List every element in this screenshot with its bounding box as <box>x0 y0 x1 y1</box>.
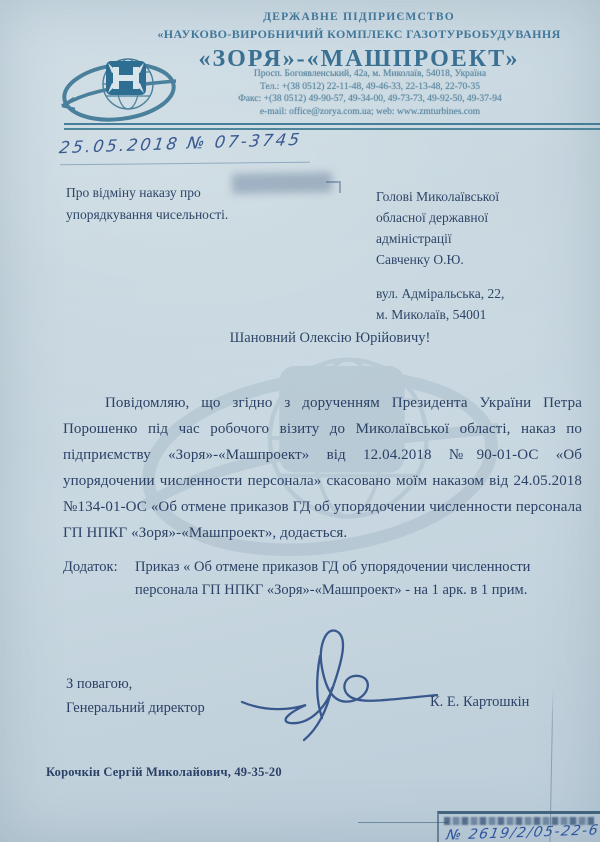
org-phone: Тел.: +(38 0512) 22-11-48, 49-46-33, 22-… <box>150 81 590 94</box>
bottom-fold-line <box>358 822 448 823</box>
addressee-line: Савченку О.Ю. <box>376 249 581 270</box>
received-stamp-box: № 2619/2/05-22-6 <box>437 811 600 842</box>
attachment-block: Додаток: Приказ « Об отмене приказов ГД … <box>63 556 563 602</box>
signer-name: К. Е. Картошкін <box>430 694 529 711</box>
closing-text: З повагою, <box>66 672 205 696</box>
bleedthrough-corner-mark <box>326 181 341 193</box>
attachment-label: Додаток: <box>63 556 135 602</box>
addressee-line: обласної державної <box>376 207 581 228</box>
org-email-web: e-mail: office@zorya.com.ua; web: www.zm… <box>150 106 590 119</box>
addressee-address-line: вул. Адміральська, 22, <box>376 283 581 304</box>
subject-block: Про відміну наказу про упорядкування чис… <box>66 182 316 226</box>
body-paragraph: Повідомляю, що згідно з дорученням Прези… <box>63 390 582 546</box>
footer-contact: Корочкін Сергій Миколайович, 49-35-20 <box>46 765 282 780</box>
org-fax: Факс: +(38 0512) 49-90-57, 49-34-00, 49-… <box>150 93 590 106</box>
letterhead-contacts: Просп. Богоявленський, 42а, м. Миколаїв,… <box>150 68 590 118</box>
director-signature <box>232 626 447 744</box>
registration-number-handwritten: 25.05.2018 № 07-3745 <box>58 130 303 157</box>
org-complex: «НАУКОВО-ВИРОБНИЧИЙ КОМПЛЕКС ГАЗОТУРБОБУ… <box>128 27 590 42</box>
addressee-line: адміністрації <box>376 228 581 249</box>
org-type: ДЕРЖАВНЕ ПІДПРИЄМСТВО <box>128 10 590 24</box>
registration-underline <box>60 162 310 166</box>
letterhead: ДЕРЖАВНЕ ПІДПРИЄМСТВО «НАУКОВО-ВИРОБНИЧИ… <box>128 10 590 74</box>
addressee-address-line: м. Миколаїв, 54001 <box>376 304 581 325</box>
header-divider <box>64 123 600 130</box>
stamp-handwritten-number: № 2619/2/05-22-6 <box>445 822 600 842</box>
addressee-gap <box>376 270 581 283</box>
addressee-block: Голові Миколаївської обласної державної … <box>376 186 581 325</box>
closing-block: З повагою, Генеральний директор <box>66 672 205 720</box>
org-address: Просп. Богоявленський, 42а, м. Миколаїв,… <box>150 68 590 81</box>
scanned-letter-page: ДЕРЖАВНЕ ПІДПРИЄМСТВО «НАУКОВО-ВИРОБНИЧИ… <box>0 0 600 842</box>
addressee-line: Голові Миколаївської <box>376 186 581 207</box>
signer-title: Генеральний директор <box>66 696 205 720</box>
subject-line-2: упорядкування чисельності. <box>66 204 316 226</box>
subject-line-1: Про відміну наказу про <box>66 182 316 204</box>
attachment-text: Приказ « Об отмене приказов ГД об упоряд… <box>135 556 563 602</box>
